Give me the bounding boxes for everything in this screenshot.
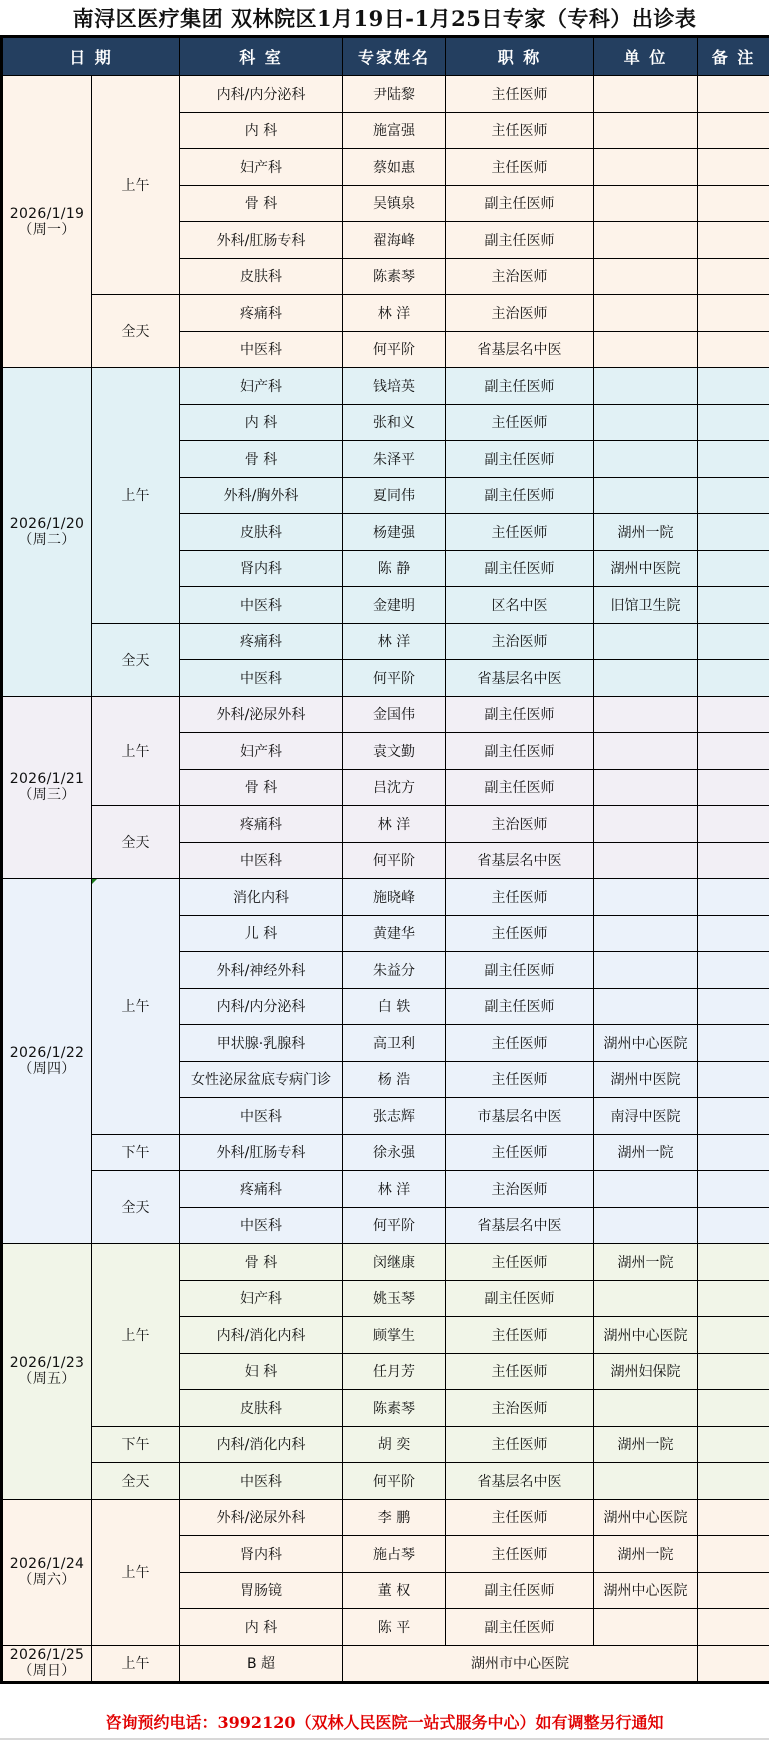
- table-row: 2026/1/19（周一）上午内科/内分泌科尹陆黎主任医师: [2, 76, 769, 113]
- department-cell: 外科/神经外科: [180, 952, 343, 989]
- remark-cell: [698, 1207, 769, 1244]
- expert-name-cell: 朱泽平: [343, 441, 446, 478]
- unit-cell: 南浔中医院: [594, 1098, 698, 1135]
- remark-cell: [698, 368, 769, 405]
- remark-cell: [698, 1499, 769, 1536]
- header-title: 职 称: [446, 37, 594, 76]
- department-cell: 骨 科: [180, 1244, 343, 1281]
- unit-cell: 湖州一院: [594, 1536, 698, 1573]
- remark-cell: [698, 988, 769, 1025]
- table-row: 下午内科/消化内科胡 奕主任医师湖州一院: [2, 1426, 769, 1463]
- title-cell: 省基层名中医: [446, 331, 594, 368]
- merged-unit-cell: 湖州市中心医院: [343, 1645, 698, 1683]
- unit-cell: [594, 1609, 698, 1646]
- unit-cell: [594, 733, 698, 770]
- remark-cell: [698, 1536, 769, 1573]
- title-cell: 主任医师: [446, 915, 594, 952]
- remark-cell: [698, 550, 769, 587]
- department-cell: 妇产科: [180, 1280, 343, 1317]
- date-cell: 2026/1/22（周四）: [2, 879, 92, 1244]
- title-cell: 省基层名中医: [446, 1463, 594, 1500]
- remark-cell: [698, 477, 769, 514]
- expert-name-cell: 林 洋: [343, 623, 446, 660]
- session-cell: 上午: [92, 76, 180, 295]
- unit-cell: [594, 331, 698, 368]
- date-cell: 2026/1/20（周二）: [2, 368, 92, 697]
- remark-cell: [698, 76, 769, 113]
- unit-cell: [594, 1390, 698, 1427]
- header-date: 日 期: [2, 37, 180, 76]
- department-cell: 中医科: [180, 587, 343, 624]
- title-cell: 主任医师: [446, 514, 594, 551]
- department-cell: 外科/肛肠专科: [180, 1134, 343, 1171]
- expert-name-cell: 钱培英: [343, 368, 446, 405]
- remark-cell: [698, 1353, 769, 1390]
- remark-cell: [698, 149, 769, 186]
- remark-cell: [698, 185, 769, 222]
- weekday-text: （周五）: [3, 1371, 91, 1387]
- remark-cell: [698, 1390, 769, 1427]
- title-cell: 副主任医师: [446, 1572, 594, 1609]
- expert-name-cell: 杨建强: [343, 514, 446, 551]
- remark-cell: [698, 1317, 769, 1354]
- unit-cell: [594, 185, 698, 222]
- title-cell: 主任医师: [446, 112, 594, 149]
- expert-name-cell: 金国伟: [343, 696, 446, 733]
- unit-cell: [594, 76, 698, 113]
- title-cell: 副主任医师: [446, 441, 594, 478]
- table-row: 全天疼痛科林 洋主治医师: [2, 806, 769, 843]
- remark-cell: [698, 1572, 769, 1609]
- expert-name-cell: 姚玉琴: [343, 1280, 446, 1317]
- expert-name-cell: 顾掌生: [343, 1317, 446, 1354]
- schedule-table: 日 期 科 室 专家姓名 职 称 单 位 备 注 2026/1/19（周一）上午…: [0, 35, 769, 1684]
- unit-cell: [594, 295, 698, 332]
- unit-cell: [594, 477, 698, 514]
- weekday-text: （周日）: [3, 1663, 91, 1679]
- unit-cell: 湖州中心医院: [594, 1317, 698, 1354]
- unit-cell: [594, 806, 698, 843]
- department-cell: 骨 科: [180, 769, 343, 806]
- remark-cell: [698, 806, 769, 843]
- remark-cell: [698, 587, 769, 624]
- unit-cell: 湖州中医院: [594, 550, 698, 587]
- expert-name-cell: 白 轶: [343, 988, 446, 1025]
- session-cell: 下午: [92, 1134, 180, 1171]
- expert-name-cell: 杨 浩: [343, 1061, 446, 1098]
- title-cell: 主任医师: [446, 1353, 594, 1390]
- department-cell: 骨 科: [180, 441, 343, 478]
- department-cell: 中医科: [180, 331, 343, 368]
- title-cell: 副主任医师: [446, 952, 594, 989]
- unit-cell: 湖州妇保院: [594, 1353, 698, 1390]
- unit-cell: [594, 1463, 698, 1500]
- title-cell: 省基层名中医: [446, 842, 594, 879]
- department-cell: 疼痛科: [180, 806, 343, 843]
- expert-name-cell: 吴镇泉: [343, 185, 446, 222]
- unit-cell: [594, 696, 698, 733]
- expert-name-cell: 施晓峰: [343, 879, 446, 916]
- department-cell: 外科/胸外科: [180, 477, 343, 514]
- table-header-row: 日 期 科 室 专家姓名 职 称 单 位 备 注: [2, 37, 769, 76]
- date-text: 2026/1/21: [3, 771, 91, 787]
- remark-cell: [698, 1463, 769, 1500]
- title-cell: 主治医师: [446, 295, 594, 332]
- title-cell: 副主任医师: [446, 696, 594, 733]
- remark-cell: [698, 1645, 769, 1683]
- remark-cell: [698, 1426, 769, 1463]
- remark-cell: [698, 915, 769, 952]
- expert-name-cell: 朱益分: [343, 952, 446, 989]
- date-text: 2026/1/23: [3, 1355, 91, 1371]
- header-unit: 单 位: [594, 37, 698, 76]
- remark-cell: [698, 733, 769, 770]
- table-row: 全天疼痛科林 洋主治医师: [2, 623, 769, 660]
- remark-cell: [698, 404, 769, 441]
- expert-name-cell: 陈素琴: [343, 258, 446, 295]
- remark-cell: [698, 1280, 769, 1317]
- unit-cell: [594, 1171, 698, 1208]
- title-cell: 副主任医师: [446, 368, 594, 405]
- department-cell: 疼痛科: [180, 295, 343, 332]
- weekday-text: （周三）: [3, 787, 91, 803]
- department-cell: 中医科: [180, 842, 343, 879]
- department-cell: 皮肤科: [180, 258, 343, 295]
- expert-name-cell: 林 洋: [343, 295, 446, 332]
- expert-name-cell: 翟海峰: [343, 222, 446, 259]
- date-cell: 2026/1/25（周日）: [2, 1645, 92, 1683]
- weekday-text: （周四）: [3, 1061, 91, 1077]
- department-cell: B 超: [180, 1645, 343, 1683]
- unit-cell: [594, 842, 698, 879]
- department-cell: 骨 科: [180, 185, 343, 222]
- session-cell: 全天: [92, 295, 180, 368]
- department-cell: 内科/消化内科: [180, 1317, 343, 1354]
- unit-cell: [594, 879, 698, 916]
- remark-cell: [698, 660, 769, 697]
- unit-cell: 湖州一院: [594, 514, 698, 551]
- unit-cell: 湖州中医院: [594, 1061, 698, 1098]
- expert-name-cell: 任月芳: [343, 1353, 446, 1390]
- unit-cell: [594, 1280, 698, 1317]
- title-cell: 主治医师: [446, 1171, 594, 1208]
- title-cell: 主任医师: [446, 879, 594, 916]
- session-cell: 全天: [92, 1171, 180, 1244]
- expert-name-cell: 何平阶: [343, 660, 446, 697]
- remark-cell: [698, 1609, 769, 1646]
- table-row: 下午外科/肛肠专科徐永强主任医师湖州一院: [2, 1134, 769, 1171]
- department-cell: 肾内科: [180, 550, 343, 587]
- title-cell: 副主任医师: [446, 1280, 594, 1317]
- date-cell: 2026/1/23（周五）: [2, 1244, 92, 1500]
- unit-cell: [594, 441, 698, 478]
- expert-name-cell: 金建明: [343, 587, 446, 624]
- unit-cell: 湖州一院: [594, 1134, 698, 1171]
- expert-name-cell: 何平阶: [343, 842, 446, 879]
- date-text: 2026/1/20: [3, 516, 91, 532]
- department-cell: 皮肤科: [180, 514, 343, 551]
- date-text: 2026/1/25: [3, 1647, 91, 1663]
- contact-footer: 咨询预约电话：3992120（双林人民医院一站式服务中心）如有调整另行通知: [0, 1704, 769, 1740]
- table-row: 全天疼痛科林 洋主治医师: [2, 295, 769, 332]
- date-cell: 2026/1/24（周六）: [2, 1499, 92, 1645]
- department-cell: 胃肠镜: [180, 1572, 343, 1609]
- department-cell: 中医科: [180, 1207, 343, 1244]
- title-cell: 副主任医师: [446, 769, 594, 806]
- expert-name-cell: 张志辉: [343, 1098, 446, 1135]
- unit-cell: [594, 112, 698, 149]
- remark-cell: [698, 1171, 769, 1208]
- date-text: 2026/1/19: [3, 206, 91, 222]
- date-text: 2026/1/22: [3, 1045, 91, 1061]
- expert-name-cell: 林 洋: [343, 806, 446, 843]
- unit-cell: [594, 222, 698, 259]
- department-cell: 外科/泌尿外科: [180, 1499, 343, 1536]
- expert-name-cell: 高卫利: [343, 1025, 446, 1062]
- title-cell: 副主任医师: [446, 185, 594, 222]
- expert-name-cell: 徐永强: [343, 1134, 446, 1171]
- department-cell: 内 科: [180, 1609, 343, 1646]
- title-cell: 主治医师: [446, 258, 594, 295]
- remark-cell: [698, 1098, 769, 1135]
- expert-name-cell: 陈素琴: [343, 1390, 446, 1427]
- remark-cell: [698, 1061, 769, 1098]
- unit-cell: 湖州一院: [594, 1426, 698, 1463]
- unit-cell: [594, 952, 698, 989]
- date-cell: 2026/1/19（周一）: [2, 76, 92, 368]
- unit-cell: [594, 258, 698, 295]
- expert-name-cell: 林 洋: [343, 1171, 446, 1208]
- weekday-text: （周二）: [3, 532, 91, 548]
- remark-cell: [698, 879, 769, 916]
- session-cell: 下午: [92, 1426, 180, 1463]
- unit-cell: 湖州中心医院: [594, 1499, 698, 1536]
- table-row: 2026/1/24（周六）上午外科/泌尿外科李 鹏主任医师湖州中心医院: [2, 1499, 769, 1536]
- session-cell: 全天: [92, 623, 180, 696]
- expert-name-cell: 何平阶: [343, 331, 446, 368]
- remark-cell: [698, 952, 769, 989]
- department-cell: 肾内科: [180, 1536, 343, 1573]
- table-row: 2026/1/20（周二）上午妇产科钱培英副主任医师: [2, 368, 769, 405]
- unit-cell: [594, 915, 698, 952]
- department-cell: 疼痛科: [180, 1171, 343, 1208]
- table-row: 2026/1/21（周三）上午外科/泌尿外科金国伟副主任医师: [2, 696, 769, 733]
- remark-cell: [698, 769, 769, 806]
- unit-cell: 湖州一院: [594, 1244, 698, 1281]
- unit-cell: [594, 623, 698, 660]
- title-cell: 副主任医师: [446, 988, 594, 1025]
- expert-name-cell: 闵继康: [343, 1244, 446, 1281]
- department-cell: 中医科: [180, 1098, 343, 1135]
- title-cell: 区名中医: [446, 587, 594, 624]
- session-cell: 上午: [92, 1244, 180, 1427]
- expert-name-cell: 陈 静: [343, 550, 446, 587]
- title-cell: 主任医师: [446, 1244, 594, 1281]
- remark-cell: [698, 222, 769, 259]
- table-row: 全天中医科何平阶省基层名中医: [2, 1463, 769, 1500]
- expert-name-cell: 胡 奕: [343, 1426, 446, 1463]
- expert-name-cell: 陈 平: [343, 1609, 446, 1646]
- remark-cell: [698, 623, 769, 660]
- department-cell: 外科/肛肠专科: [180, 222, 343, 259]
- session-cell: 上午: [92, 1499, 180, 1645]
- unit-cell: [594, 660, 698, 697]
- department-cell: 儿 科: [180, 915, 343, 952]
- expert-name-cell: 黄建华: [343, 915, 446, 952]
- remark-cell: [698, 258, 769, 295]
- unit-cell: [594, 1207, 698, 1244]
- unit-cell: [594, 368, 698, 405]
- table-row: 2026/1/25（周日）上午B 超湖州市中心医院: [2, 1645, 769, 1683]
- department-cell: 疼痛科: [180, 623, 343, 660]
- title-cell: 主治医师: [446, 806, 594, 843]
- department-cell: 妇产科: [180, 368, 343, 405]
- expert-name-cell: 袁文勤: [343, 733, 446, 770]
- expert-name-cell: 李 鹏: [343, 1499, 446, 1536]
- department-cell: 甲状腺·乳腺科: [180, 1025, 343, 1062]
- date-cell: 2026/1/21（周三）: [2, 696, 92, 879]
- title-cell: 市基层名中医: [446, 1098, 594, 1135]
- table-row: 全天疼痛科林 洋主治医师: [2, 1171, 769, 1208]
- title-cell: 副主任医师: [446, 733, 594, 770]
- unit-cell: 湖州中心医院: [594, 1572, 698, 1609]
- title-cell: 省基层名中医: [446, 660, 594, 697]
- remark-cell: [698, 295, 769, 332]
- header-department: 科 室: [180, 37, 343, 76]
- title-cell: 主任医师: [446, 404, 594, 441]
- remark-cell: [698, 696, 769, 733]
- expert-name-cell: 施富强: [343, 112, 446, 149]
- schedule-body: 2026/1/19（周一）上午内科/内分泌科尹陆黎主任医师内 科施富强主任医师妇…: [2, 76, 769, 1683]
- unit-cell: 湖州中心医院: [594, 1025, 698, 1062]
- unit-cell: 旧馆卫生院: [594, 587, 698, 624]
- expert-name-cell: 吕沈方: [343, 769, 446, 806]
- title-cell: 副主任医师: [446, 1609, 594, 1646]
- expert-name-cell: 尹陆黎: [343, 76, 446, 113]
- date-text: 2026/1/24: [3, 1556, 91, 1572]
- title-cell: 主治医师: [446, 623, 594, 660]
- title-cell: 主治医师: [446, 1390, 594, 1427]
- department-cell: 中医科: [180, 660, 343, 697]
- title-cell: 主任医师: [446, 1426, 594, 1463]
- title-cell: 副主任医师: [446, 222, 594, 259]
- title-cell: 主任医师: [446, 1025, 594, 1062]
- header-remark: 备 注: [698, 37, 769, 76]
- expert-name-cell: 何平阶: [343, 1463, 446, 1500]
- remark-cell: [698, 1244, 769, 1281]
- weekday-text: （周一）: [3, 222, 91, 238]
- department-cell: 妇 科: [180, 1353, 343, 1390]
- session-cell: 全天: [92, 806, 180, 879]
- department-cell: 内 科: [180, 112, 343, 149]
- session-cell: 上午: [92, 879, 180, 1135]
- department-cell: 女性泌尿盆底专病门诊: [180, 1061, 343, 1098]
- expert-name-cell: 夏同伟: [343, 477, 446, 514]
- remark-cell: [698, 1134, 769, 1171]
- expert-name-cell: 蔡如惠: [343, 149, 446, 186]
- table-row: 2026/1/23（周五）上午骨 科闵继康主任医师湖州一院: [2, 1244, 769, 1281]
- department-cell: 内科/内分泌科: [180, 988, 343, 1025]
- remark-cell: [698, 441, 769, 478]
- department-cell: 外科/泌尿外科: [180, 696, 343, 733]
- title-cell: 主任医师: [446, 1061, 594, 1098]
- department-cell: 消化内科: [180, 879, 343, 916]
- title-cell: 省基层名中医: [446, 1207, 594, 1244]
- department-cell: 皮肤科: [180, 1390, 343, 1427]
- table-row: 2026/1/22（周四）上午消化内科施晓峰主任医师: [2, 879, 769, 916]
- title-cell: 主任医师: [446, 1499, 594, 1536]
- remark-cell: [698, 1025, 769, 1062]
- session-cell: 上午: [92, 696, 180, 806]
- unit-cell: [594, 149, 698, 186]
- department-cell: 内科/内分泌科: [180, 76, 343, 113]
- remark-cell: [698, 331, 769, 368]
- department-cell: 中医科: [180, 1463, 343, 1500]
- unit-cell: [594, 988, 698, 1025]
- department-cell: 内科/消化内科: [180, 1426, 343, 1463]
- expert-name-cell: 董 权: [343, 1572, 446, 1609]
- expert-name-cell: 何平阶: [343, 1207, 446, 1244]
- expert-name-cell: 施占琴: [343, 1536, 446, 1573]
- unit-cell: [594, 769, 698, 806]
- title-cell: 主任医师: [446, 76, 594, 113]
- title-cell: 主任医师: [446, 149, 594, 186]
- department-cell: 妇产科: [180, 149, 343, 186]
- title-cell: 主任医师: [446, 1317, 594, 1354]
- session-cell: 上午: [92, 1645, 180, 1683]
- header-expert: 专家姓名: [343, 37, 446, 76]
- department-cell: 内 科: [180, 404, 343, 441]
- weekday-text: （周六）: [3, 1572, 91, 1588]
- session-cell: 上午: [92, 368, 180, 624]
- department-cell: 妇产科: [180, 733, 343, 770]
- remark-cell: [698, 112, 769, 149]
- remark-cell: [698, 842, 769, 879]
- title-cell: 主任医师: [446, 1134, 594, 1171]
- expert-name-cell: 张和义: [343, 404, 446, 441]
- title-cell: 副主任医师: [446, 477, 594, 514]
- page-title: 南浔区医疗集团 双林院区1月19日-1月25日专家（专科）出诊表: [0, 0, 769, 36]
- remark-cell: [698, 514, 769, 551]
- title-cell: 主任医师: [446, 1536, 594, 1573]
- title-cell: 副主任医师: [446, 550, 594, 587]
- unit-cell: [594, 404, 698, 441]
- session-cell: 全天: [92, 1463, 180, 1500]
